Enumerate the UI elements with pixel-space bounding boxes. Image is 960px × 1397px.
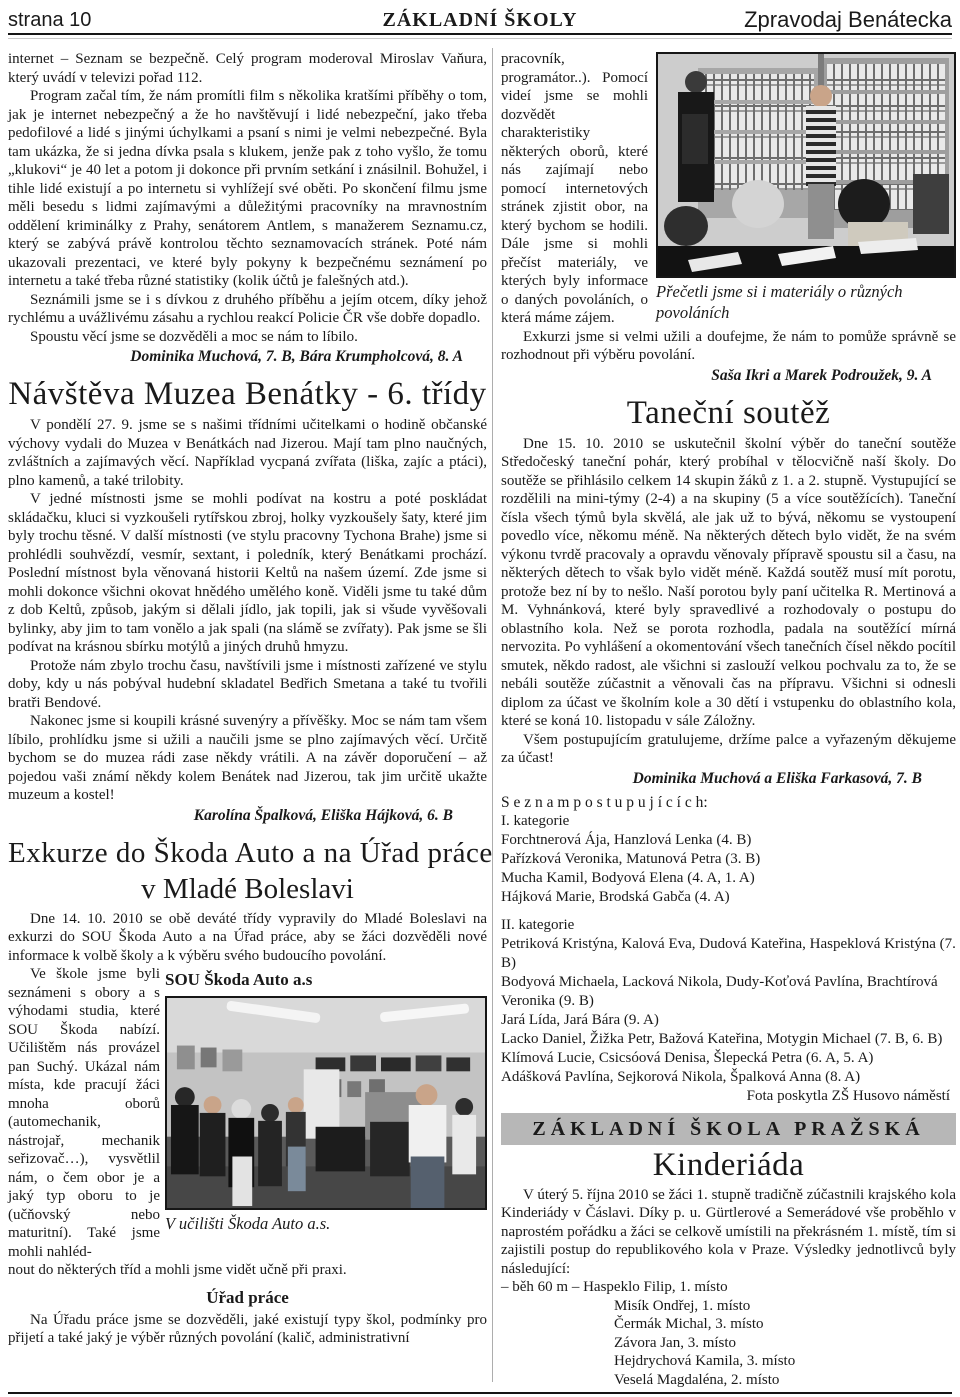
article-kinderiada: Kinderiáda V úterý 5. října 2010 se žáci… [501, 1147, 956, 1390]
masthead-rule-thin [8, 38, 952, 39]
list-item: Bodyová Michaela, Lacková Nikola, Dudy-K… [501, 973, 956, 1011]
paragraph: nout do některých tříd a mohli jsme vidě… [8, 1261, 487, 1280]
byline: Dominika Muchová a Eliška Farkasová, 7. … [501, 769, 922, 789]
byline: Saša Ikri a Marek Podroužek, 9. A [501, 366, 932, 386]
paragraph: Na Úřadu práce jsme se dozvěděli, jaké e… [8, 1311, 487, 1348]
list-item: Klímová Lucie, Csicsóová Denisa, Šlepeck… [501, 1049, 956, 1068]
workshop-photo-image [167, 998, 485, 1208]
masthead: strana 10 ZÁKLADNÍ ŠKOLY Zpravodaj Benát… [8, 7, 952, 35]
footer-rule [8, 1392, 952, 1394]
article-tanecni: Taneční soutěž Dne 15. 10. 2010 se uskut… [501, 395, 956, 1106]
article-headline-line1: Exkurze do Škoda Auto a na Úřad práce [8, 836, 487, 870]
result-item: Závora Jan, 3. místo [614, 1334, 956, 1353]
article-headline: Návštěva Muzea Benátky - 6. třídy [8, 376, 487, 412]
paragraph: internet – Seznam se bezpečně. Celý prog… [8, 50, 487, 87]
list-item: Mucha Kamil, Bodyová Elena (4. A, 1. A) [501, 869, 956, 888]
results-line: – běh 60 m – Haspeklo Filip, 1. místo [501, 1278, 956, 1297]
paragraph: Dne 14. 10. 2010 se obě deváté třídy vyp… [8, 910, 487, 966]
article-exkurze-left: Exkurze do Škoda Auto a na Úřad práce v … [8, 836, 487, 1348]
workshop-photo [165, 996, 487, 1210]
seznam-heading: S e z n a m p o s t u p u j í c í c h: [501, 793, 956, 812]
list-item: Pařízková Veronika, Matunová Petra (3. B… [501, 850, 956, 869]
paragraph: V jedné místnosti jsme se mohli podívat … [8, 490, 487, 657]
list-item: Jará Lída, Jará Bára (9. A) [501, 1011, 956, 1030]
paragraph: V úterý 5. října 2010 se žáci 1. stupně … [501, 1186, 956, 1279]
results-list: Misík Ondřej, 1. místo Čermák Michal, 3.… [501, 1297, 956, 1390]
results-prefix: – běh 60 m – [501, 1279, 579, 1295]
result-item: Čermák Michal, 3. místo [614, 1315, 956, 1334]
article-muzeum: Návštěva Muzea Benátky - 6. třídy V pond… [8, 376, 487, 826]
library-photo-caption: Přečetli jsme si i materiály o různých p… [656, 281, 956, 323]
photo-credit: Fota poskytla ZŠ Husovo náměstí [501, 1087, 950, 1106]
list-item: Lacko Daniel, Žižka Petr, Bažová Kateřin… [501, 1030, 956, 1049]
paragraph: Dne 15. 10. 2010 se uskutečnil školní vý… [501, 435, 956, 731]
byline: Dominika Muchová, 7. B, Bára Krumpholcov… [8, 347, 463, 367]
workshop-photo-caption: V učilišti Škoda Auto a.s. [165, 1213, 487, 1234]
result-item: Veselá Magdaléna, 2. místo [614, 1371, 956, 1390]
paragraph: Exkurzi jsme si velmi užili a doufejme, … [501, 328, 956, 365]
result-item: Haspeklo Filip, 1. místo [583, 1279, 728, 1295]
result-item: Hejdrychová Kamila, 3. místo [614, 1352, 956, 1371]
paragraph: Spoustu věcí jsme se dozvěděli a moc se … [8, 328, 487, 347]
library-photo-block: Přečetli jsme si i materiály o různých p… [656, 52, 956, 323]
list-item: Adášková Pavlína, Sejkorová Nikola, Špal… [501, 1068, 956, 1087]
kategorie2-label: II. kategorie [501, 916, 956, 935]
newspaper-page: strana 10 ZÁKLADNÍ ŠKOLY Zpravodaj Benát… [0, 0, 960, 1397]
right-column: Přečetli jsme si i materiály o různých p… [501, 50, 956, 1389]
school-banner: ZÁKLADNÍ ŠKOLA PRAŽSKÁ [501, 1113, 956, 1145]
spacer [501, 907, 956, 916]
library-photo-image [658, 54, 954, 276]
list-item: Hájková Marie, Brodská Gabča (4. A) [501, 888, 956, 907]
byline: Karolína Špalková, Eliška Hájková, 6. B [8, 806, 453, 826]
kategorie1-label: I. kategorie [501, 812, 956, 831]
paragraph: Všem postupujícím gratulujeme, držíme pa… [501, 731, 956, 768]
paragraph: V pondělí 27. 9. jsme se s našimi třídní… [8, 416, 487, 490]
paragraph: Program začal tím, že nám promítli film … [8, 87, 487, 291]
paragraph: Nakonec jsme si koupili krásné suvenýry … [8, 712, 487, 805]
urad-subheading: Úřad práce [8, 1288, 487, 1308]
left-column: internet – Seznam se bezpečně. Celý prog… [8, 50, 487, 1348]
article-headline-line2: v Mladé Boleslavi [8, 872, 487, 906]
publication-name: Zpravodaj Benátecka [744, 7, 952, 33]
workshop-photo-block: SOU Škoda Auto a.s [165, 969, 487, 1234]
article-exkurze-right: Přečetli jsme si i materiály o různých p… [501, 50, 956, 386]
article-internet: internet – Seznam se bezpečně. Celý prog… [8, 50, 487, 367]
result-item: Misík Ondřej, 1. místo [614, 1297, 956, 1316]
masthead-rule [8, 33, 952, 35]
library-photo [656, 52, 956, 278]
article-headline: Kinderiáda [501, 1147, 956, 1183]
list-item: Forchtnerová Ája, Hanzlová Lenka (4. B) [501, 831, 956, 850]
paragraph: Seznámili jsme se i s dívkou z druhého p… [8, 291, 487, 328]
paragraph: Protože nám zbylo trochu času, navštívil… [8, 657, 487, 713]
article-headline: Taneční soutěž [501, 395, 956, 431]
column-divider [492, 48, 493, 1382]
sou-subheading: SOU Škoda Auto a.s [165, 969, 487, 990]
list-item: Petriková Kristýna, Kalová Eva, Dudová K… [501, 935, 956, 973]
